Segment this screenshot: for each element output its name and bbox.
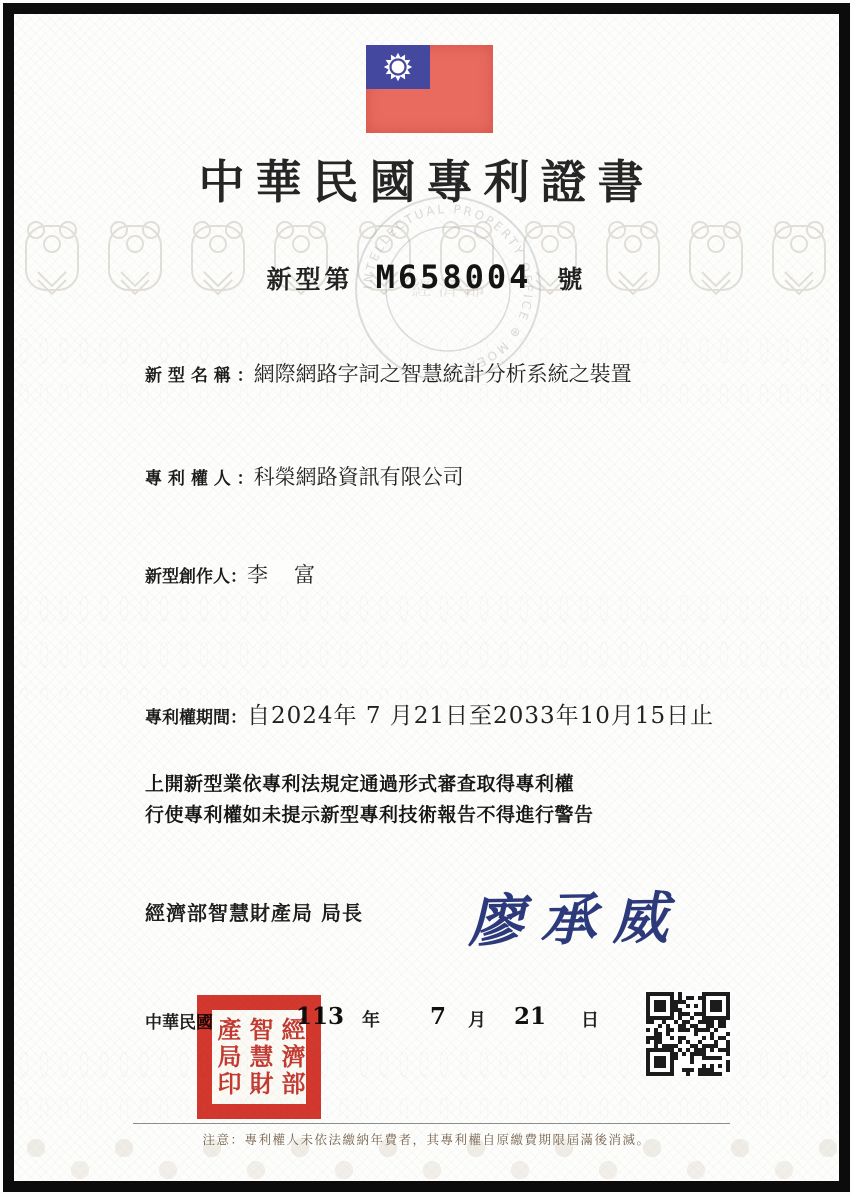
field-value-before: 李	[247, 559, 268, 589]
seal-column-1: 經濟部	[277, 1017, 305, 1098]
patent-certificate: INTELLECTUAL PROPERTY OFFICE ⊕ MOEA ⊕ 經 …	[0, 0, 853, 1195]
date-day: 21	[514, 1003, 546, 1030]
field-value: 網際網路字詞之智慧統計分析系統之裝置	[254, 358, 632, 388]
field-value: 自2024年 7 月21日至2033年10月15日止	[247, 697, 714, 730]
redaction-box	[268, 560, 294, 582]
patent-number-row: 新型第 M658004 號	[0, 258, 853, 296]
patent-number: M658004	[376, 258, 532, 296]
legal-statement: 上開新型業依專利法規定通過形式審查取得專利權 行使專利權如未提示新型專利技術報告…	[145, 769, 594, 831]
loop-pattern-band	[14, 596, 839, 700]
seal-column-2: 智慧財	[245, 1017, 273, 1098]
flag-canton	[366, 45, 430, 89]
field-patent-term: 專利權期間： 自2024年 7 月21日至2033年10月15日止	[145, 697, 714, 730]
issuing-office-title: 經濟部智慧財產局 局長	[145, 897, 363, 926]
field-patentee: 專 利 權 人 ： 科榮網路資訊有限公司	[145, 461, 464, 491]
field-value: 科榮網路資訊有限公司	[254, 461, 464, 491]
field-label: 專利權期間：	[145, 703, 247, 728]
footer-note: 注意：專利權人未依法繳納年費者，其專利權自原繳費期限屆滿後消滅。	[0, 1130, 853, 1148]
date-day-unit: 日	[581, 1006, 599, 1032]
patent-number-prefix: 新型第	[267, 260, 354, 296]
qr-code	[645, 991, 731, 1077]
date-month-unit: 月	[468, 1006, 486, 1032]
official-red-seal: 經濟部 智慧財 產局印	[197, 995, 321, 1119]
legal-line-1: 上開新型業依專利法規定通過形式審查取得專利權	[145, 769, 594, 800]
certificate-title: 中華民國專利證書	[0, 146, 853, 212]
field-label: 新型創作人：	[145, 562, 247, 587]
field-label: 專 利 權 人 ：	[145, 464, 254, 489]
seal-column-3: 產局印	[213, 1017, 241, 1098]
field-label: 新 型 名 稱 ：	[145, 361, 254, 386]
date-month: 7	[430, 1003, 446, 1030]
patent-number-suffix: 號	[557, 260, 586, 296]
white-sun-icon	[380, 49, 416, 85]
director-general-signature: 廖承威	[467, 874, 684, 958]
field-creator: 新型創作人： 李 富	[145, 559, 315, 589]
footer-divider	[133, 1123, 730, 1124]
field-value-after: 富	[294, 559, 315, 589]
date-year-unit: 年	[362, 1006, 380, 1032]
taiwan-flag	[366, 45, 493, 133]
legal-line-2: 行使專利權如未提示新型專利技術報告不得進行警告	[145, 800, 594, 831]
field-utility-model-name: 新 型 名 稱 ： 網際網路字詞之智慧統計分析系統之裝置	[145, 358, 632, 388]
